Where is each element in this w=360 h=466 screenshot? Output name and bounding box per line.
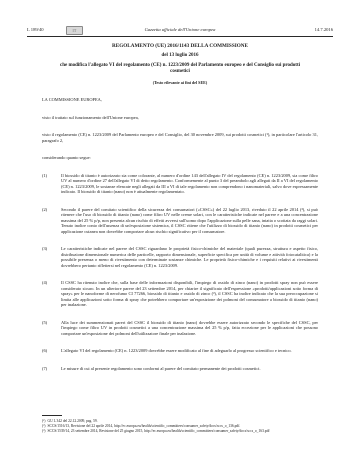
recital-5: (5) Alla luce dei summenzionati pareri d…: [42, 320, 318, 337]
eea-relevance-note: (Testo rilevante ai fini del SEE): [30, 80, 330, 85]
citation-regulation: visto il regolamento (CE) n. 1223/2009 d…: [42, 132, 318, 143]
header-date: 14.7.2016: [315, 27, 333, 32]
recitals-intro: considerando quanto segue:: [42, 155, 318, 161]
recital-3: (3) Le caratteristiche indicate nel pare…: [42, 246, 318, 268]
document-body: LA COMMISSIONE EUROPEA, visto il trattat…: [42, 97, 318, 383]
recital-7: (7) Le misure di cui al presente regolam…: [42, 366, 318, 372]
recital-number: (3): [42, 246, 61, 268]
recital-1: (1) Il biossido di titanio è autorizzato…: [42, 173, 318, 195]
footnote-text: GU L 342 del 22.12.2009, pag. 59.: [47, 419, 97, 423]
recital-number: (7): [42, 366, 61, 372]
recital-number: (2): [42, 207, 61, 235]
recital-text: Il CSSC ha ritenuto inoltre che, sulla b…: [61, 280, 318, 308]
recital-2: (2) Secondo il parere del comitato scien…: [42, 207, 318, 235]
footnote-3: (³)SCCS/1539/14, 23 settembre 2014, Revi…: [42, 429, 318, 434]
preamble-opening: LA COMMISSIONE EUROPEA,: [42, 97, 318, 103]
recital-number: (6): [42, 348, 61, 354]
recital-text: Alla luce dei summenzionati pareri del C…: [61, 320, 318, 337]
footnote-divider: [42, 415, 62, 416]
footnote-text: SCCS/1539/14, 23 settembre 2014, Revisio…: [47, 429, 269, 433]
footnote-1: (¹)GU L 342 del 22.12.2009, pag. 59.: [42, 419, 318, 424]
footnote-text: SCCS/1516/13, Revisione del 22 aprile 20…: [47, 424, 240, 428]
regulation-subtitle: che modifica l'allegato VI del regolamen…: [54, 63, 306, 75]
recital-6: (6) L'allegato VI del regolamento (CE) n…: [42, 348, 318, 354]
recital-number: (1): [42, 173, 61, 195]
footnote-2: (²)SCCS/1516/13, Revisione del 22 aprile…: [42, 424, 318, 429]
recital-text: L'allegato VI del regolamento (CE) n. 12…: [61, 348, 318, 354]
recital-number: (4): [42, 280, 61, 308]
recital-text: Il biossido di titanio è autorizzato sia…: [61, 173, 318, 195]
recital-4: (4) Il CSSC ha ritenuto inoltre che, sul…: [42, 280, 318, 308]
citation-treaty: visto il trattato sul funzionamento dell…: [42, 115, 318, 121]
official-journal-page: L 189/40 IT Gazzetta ufficiale dell'Unio…: [0, 0, 360, 466]
footnotes-section: (¹)GU L 342 del 22.12.2009, pag. 59. (²)…: [42, 415, 318, 434]
recital-text: Secondo il parere del comitato scientifi…: [61, 207, 318, 235]
recital-number: (5): [42, 320, 61, 337]
regulation-date: del 13 luglio 2016: [30, 53, 330, 59]
recital-text: Le misure di cui al presente regolamento…: [61, 366, 318, 372]
title-block: REGOLAMENTO (UE) 2016/1143 DELLA COMMISS…: [30, 43, 330, 85]
header-divider: [27, 36, 333, 37]
recital-text: Le caratteristiche indicate nel parere d…: [61, 246, 318, 268]
page-header: L 189/40 IT Gazzetta ufficiale dell'Unio…: [27, 25, 333, 35]
journal-title: Gazzetta ufficiale dell'Unione europea: [27, 27, 333, 32]
regulation-title: REGOLAMENTO (UE) 2016/1143 DELLA COMMISS…: [30, 43, 330, 49]
